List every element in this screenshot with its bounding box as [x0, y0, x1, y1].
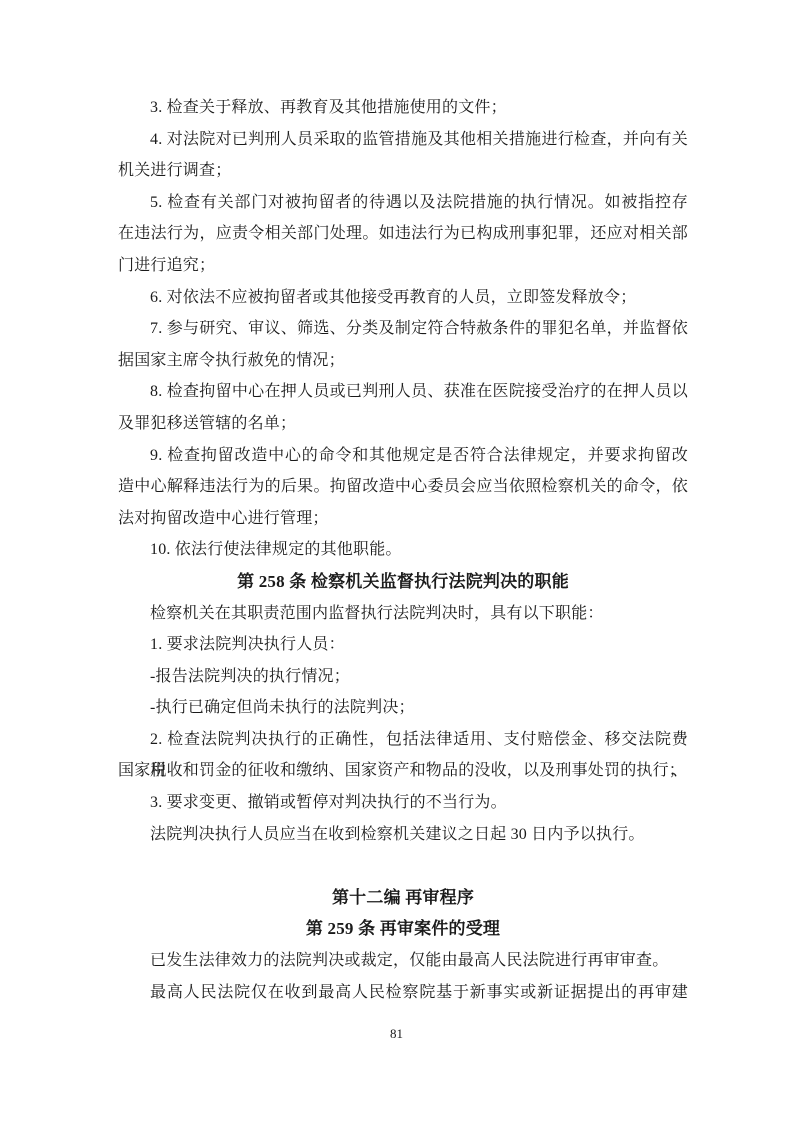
text-line: 国家税收和罚金的征收和缴纳、国家资产和物品的没收，以及刑事处罚的执行； — [118, 755, 688, 787]
text-line: 机关进行调查； — [118, 155, 688, 187]
text-line: 4. 对法院对已判刑人员采取的监管措施及其他相关措施进行检查，并向有关 — [118, 124, 688, 156]
text-line: 门进行追究； — [118, 250, 688, 282]
text-line: 最高人民法院仅在收到最高人民检察院基于新事实或新证据提出的再审建 — [118, 977, 688, 1009]
text-line: 检察机关在其职责范围内监督执行法院判决时，具有以下职能： — [118, 598, 688, 630]
text-line: -执行已确定但尚未执行的法院判决； — [118, 692, 688, 724]
text-line: 5. 检查有关部门对被拘留者的待遇以及法院措施的执行情况。如被指控存 — [118, 187, 688, 219]
text-line: 10. 依法行使法律规定的其他职能。 — [118, 534, 688, 566]
heading-line: 第 259 条 再审案件的受理 — [118, 913, 688, 945]
text-line: 1. 要求法院判决执行人员： — [118, 629, 688, 661]
text-line: 据国家主席令执行赦免的情况； — [118, 345, 688, 377]
text-line: 法对拘留改造中心进行管理； — [118, 503, 688, 535]
text-line: 2. 检查法院判决执行的正确性，包括法律适用、支付赔偿金、移交法院费用、 — [118, 724, 688, 756]
text-line: 3. 检查关于释放、再教育及其他措施使用的文件； — [118, 92, 688, 124]
text-line: 造中心解释违法行为的后果。拘留改造中心委员会应当依照检察机关的命令，依 — [118, 471, 688, 503]
text-line: 8. 检查拘留中心在押人员或已判刑人员、获准在医院接受治疗的在押人员以 — [118, 376, 688, 408]
text-line: 7. 参与研究、审议、筛选、分类及制定符合特赦条件的罪犯名单，并监督依 — [118, 313, 688, 345]
text-line: 已发生法律效力的法院判决或裁定，仅能由最高人民法院进行再审审查。 — [118, 945, 688, 977]
heading-line: 第 258 条 检察机关监督执行法院判决的职能 — [118, 566, 688, 598]
page-number: 81 — [0, 1026, 793, 1042]
text-line: 在违法行为，应责令相关部门处理。如违法行为已构成刑事犯罪，还应对相关部 — [118, 218, 688, 250]
text-line — [118, 850, 688, 882]
text-line: 法院判决执行人员应当在收到检察机关建议之日起 30 日内予以执行。 — [118, 819, 688, 851]
text-line: 及罪犯移送管辖的名单； — [118, 408, 688, 440]
text-line: 3. 要求变更、撤销或暂停对判决执行的不当行为。 — [118, 787, 688, 819]
heading-line: 第十二编 再审程序 — [118, 882, 688, 914]
text-line: -报告法院判决的执行情况； — [118, 661, 688, 693]
document-body: 3. 检查关于释放、再教育及其他措施使用的文件；4. 对法院对已判刑人员采取的监… — [118, 92, 688, 1008]
document-page: 3. 检查关于释放、再教育及其他措施使用的文件；4. 对法院对已判刑人员采取的监… — [0, 0, 793, 1122]
text-line: 6. 对依法不应被拘留者或其他接受再教育的人员，立即签发释放令； — [118, 282, 688, 314]
text-line: 9. 检查拘留改造中心的命令和其他规定是否符合法律规定，并要求拘留改 — [118, 440, 688, 472]
